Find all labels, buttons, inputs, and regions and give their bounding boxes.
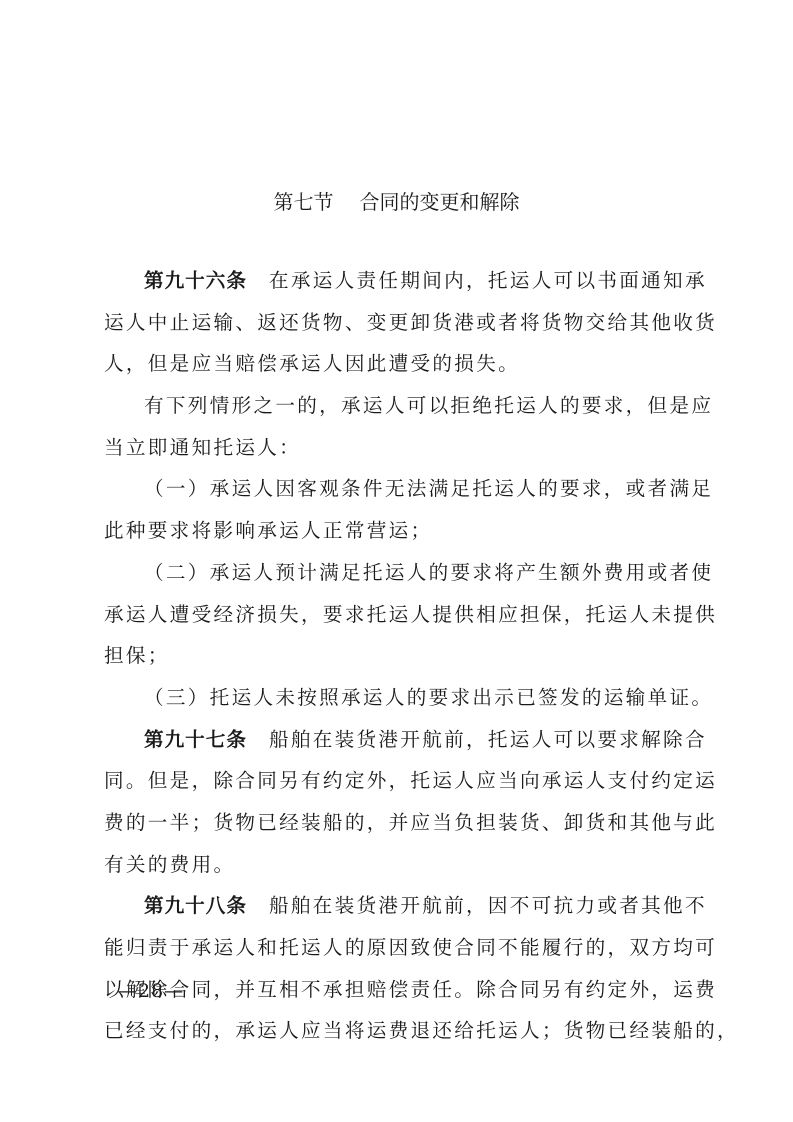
line-text: （一）承运人因客观条件无法满足托运人的要求，或者满足 [144,477,713,500]
line-text: 担保； [104,644,170,667]
line-text: 船舶在装货港开航前，因不可抗力或者其他不 [269,894,707,917]
text-line: 运人中止运输、返还货物、变更卸货港或者将货物交给其他收货 [104,302,698,344]
text-line: 费的一半；货物已经装船的，并应当负担装货、卸货和其他与此 [104,802,698,844]
line-text: 已经支付的，承运人应当将运费退还给托运人；货物已经装船的， [104,1019,739,1042]
article-number: 第九十七条 [144,728,247,751]
text-line: （一）承运人因客观条件无法满足托运人的要求，或者满足 [104,468,698,510]
page-number: —28— [118,980,184,1002]
line-text: 此种要求将影响承运人正常营运； [104,519,432,542]
line-text: 以解除合同，并互相不承担赔偿责任。除合同另有约定外，运费 [104,978,717,1001]
line-text: （三）托运人未按照承运人的要求出示已签发的运输单证。 [144,686,713,709]
text-line: 承运人遭受经济损失，要求托运人提供相应担保，托运人未提供 [104,594,698,636]
line-text: 人，但是应当赔偿承运人因此遭受的损失。 [104,352,520,375]
text-line: 担保； [104,635,698,677]
text-line: 第九十八条船舶在装货港开航前，因不可抗力或者其他不 [104,885,698,927]
article-number: 第九十八条 [144,894,247,917]
text-line: 人，但是应当赔偿承运人因此遭受的损失。 [104,343,698,385]
text-line: 有关的费用。 [104,844,698,886]
document-body: 第九十六条在承运人责任期间内，托运人可以书面通知承运人中止运输、返还货物、变更卸… [104,260,698,1052]
line-text: 当立即通知托运人： [104,436,301,459]
text-line: 此种要求将影响承运人正常营运； [104,510,698,552]
text-line: （二）承运人预计满足托运人的要求将产生额外费用或者使 [104,552,698,594]
text-line: 有下列情形之一的，承运人可以拒绝托运人的要求，但是应 [104,385,698,427]
text-line: 第九十七条船舶在装货港开航前，托运人可以要求解除合 [104,719,698,761]
text-line: 同。但是，除合同另有约定外，托运人应当向承运人支付约定运 [104,760,698,802]
text-line: 第九十六条在承运人责任期间内，托运人可以书面通知承 [104,260,698,302]
text-line: 当立即通知托运人： [104,427,698,469]
text-line: 能归责于承运人和托运人的原因致使合同不能履行的，双方均可 [104,927,698,969]
section-number: 第七节 [274,190,334,214]
section-title: 第七节合同的变更和解除 [0,186,793,215]
line-text: 运人中止运输、返还货物、变更卸货港或者将货物交给其他收货 [104,311,717,334]
document-page: 第七节合同的变更和解除 第九十六条在承运人责任期间内，托运人可以书面通知承运人中… [0,0,793,1122]
line-text: 在承运人责任期间内，托运人可以书面通知承 [269,269,707,292]
line-text: 船舶在装货港开航前，托运人可以要求解除合 [269,728,707,751]
text-line: （三）托运人未按照承运人的要求出示已签发的运输单证。 [104,677,698,719]
text-line: 以解除合同，并互相不承担赔偿责任。除合同另有约定外，运费 [104,969,698,1011]
article-number: 第九十六条 [144,269,247,292]
line-text: （二）承运人预计满足托运人的要求将产生额外费用或者使 [144,561,713,584]
text-line: 已经支付的，承运人应当将运费退还给托运人；货物已经装船的， [104,1010,698,1052]
line-text: 有下列情形之一的，承运人可以拒绝托运人的要求，但是应 [144,394,713,417]
line-text: 有关的费用。 [104,853,235,876]
line-text: 能归责于承运人和托运人的原因致使合同不能履行的，双方均可 [104,936,717,959]
line-text: 费的一半；货物已经装船的，并应当负担装货、卸货和其他与此 [104,811,717,834]
line-text: 承运人遭受经济损失，要求托运人提供相应担保，托运人未提供 [104,603,717,626]
section-heading: 合同的变更和解除 [360,190,520,214]
line-text: 同。但是，除合同另有约定外，托运人应当向承运人支付约定运 [104,769,717,792]
